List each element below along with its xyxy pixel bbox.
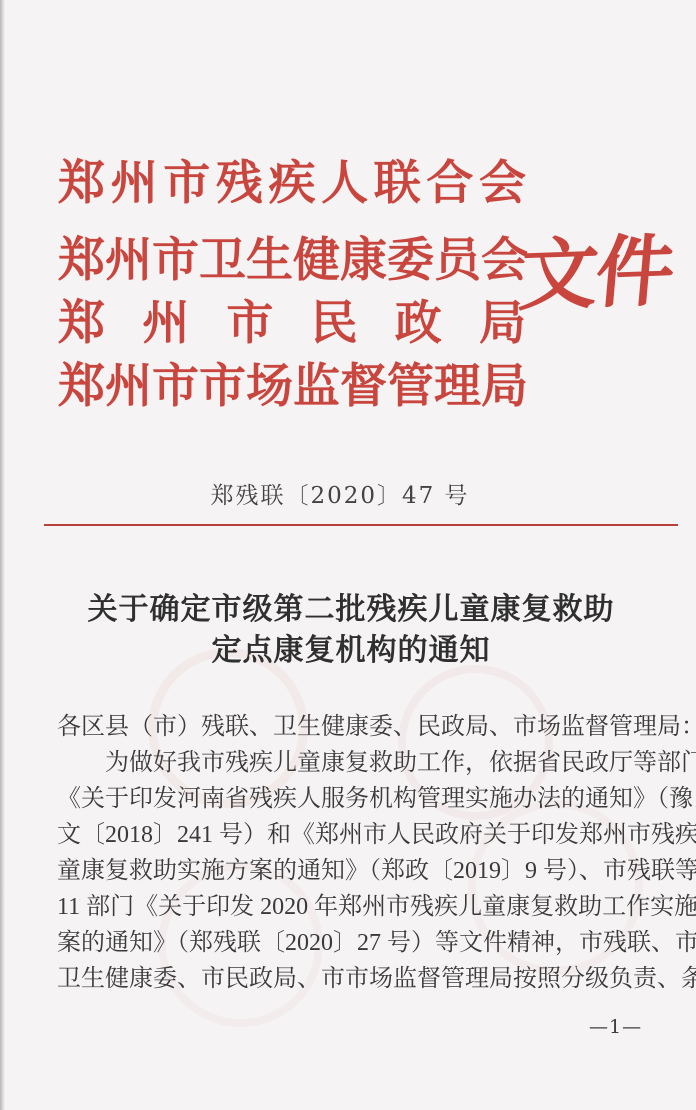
document-title-line-1: 关于确定市级第二批残疾儿童康复救助 — [3, 589, 696, 630]
letterhead-divider-rule — [44, 524, 678, 526]
body-text-line: 卫生健康委、市民政局、市市场监督管理局按照分级负责、条块 — [57, 961, 651, 997]
scan-edge-artifact — [0, 0, 5, 1110]
letterhead-document-label: 文件 — [515, 221, 694, 327]
body-text-line: 11 部门《关于印发 2020 年郑州市残疾儿童康复救助工作实施方 — [57, 889, 651, 925]
letterhead-org-2: 郑州市卫生健康委员会 — [58, 233, 526, 289]
letterhead-org-1: 郑州市残疾人联合会 — [58, 156, 526, 212]
body-salutation: 各区县（市）残联、卫生健康委、民政局、市场监督管理局： — [57, 709, 651, 745]
body-text-line: 童康复救助实施方案的通知》（郑政〔2019〕9 号）、市残联等 — [57, 853, 651, 889]
letterhead-org-3: 郑州市民政局 — [58, 296, 526, 352]
letterhead-org-4: 郑州市市场监督管理局 — [58, 359, 526, 415]
body-text-line: 案的通知》（郑残联〔2020〕27 号）等文件精神，市残联、市 — [57, 925, 651, 961]
body-text-line: 《关于印发河南省残疾人服务机构管理实施办法的通知》（豫民 — [57, 781, 651, 817]
document-title: 关于确定市级第二批残疾儿童康复救助 定点康复机构的通知 — [3, 589, 696, 671]
scanned-document-page: 郑州市残疾人联合会 郑州市卫生健康委员会 郑州市民政局 郑州市市场监督管理局 文… — [0, 0, 696, 1110]
document-body: 各区县（市）残联、卫生健康委、民政局、市场监督管理局： 为做好我市残疾儿童康复救… — [57, 709, 651, 997]
document-number: 郑残联〔2020〕47 号 — [0, 477, 688, 510]
document-title-line-2: 定点康复机构的通知 — [3, 630, 696, 671]
body-text-line: 为做好我市残疾儿童康复救助工作，依据省民政厅等部门 — [57, 745, 651, 781]
page-number: —1— — [589, 1016, 642, 1038]
body-text-line: 文〔2018〕241 号）和《郑州市人民政府关于印发郑州市残疾儿 — [57, 817, 651, 853]
